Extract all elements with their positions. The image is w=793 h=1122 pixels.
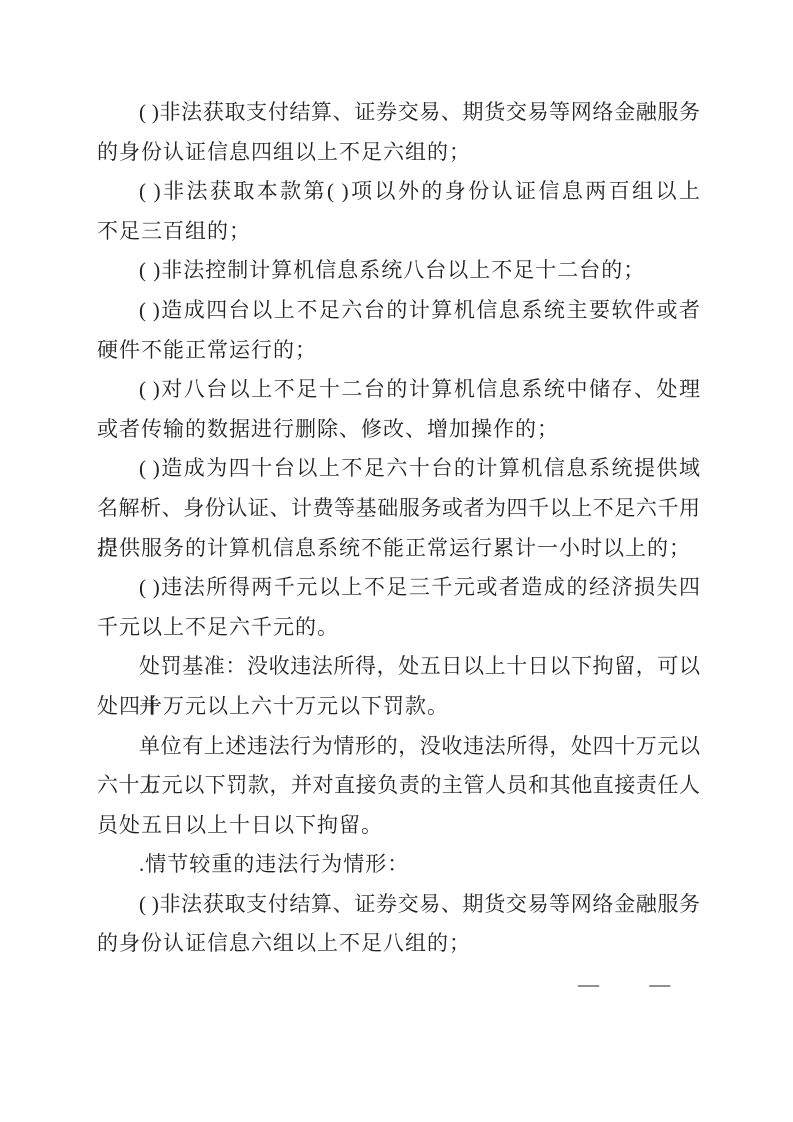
text-line: ( )造成为四十台以上不足六十台的计算机信息系统提供域	[97, 449, 700, 489]
legal-text-block: ( )非法获取支付结算、证券交易、期货交易等网络金融服务的身份认证信息四组以上不…	[97, 93, 700, 964]
text-line: ( )违法所得两千元以上不足三千元或者造成的经济损失四	[97, 568, 700, 608]
text-line: 不足三百组的；	[97, 212, 700, 252]
text-line: 六十万元以下罚款，并对直接负责的主管人员和其他直接责任人	[97, 766, 700, 806]
text-line: 处四十万元以上六十万元以下罚款。	[97, 687, 700, 727]
text-line: 处罚基准：没收违法所得，处五日以上十日以下拘留，可以并	[97, 647, 700, 687]
text-line: 的身份认证信息四组以上不足六组的；	[97, 133, 700, 173]
text-line: 的身份认证信息六组以上不足八组的；	[97, 924, 700, 964]
document-page: ( )非法获取支付结算、证券交易、期货交易等网络金融服务的身份认证信息四组以上不…	[0, 0, 793, 1122]
text-line: ( )非法获取支付结算、证券交易、期货交易等网络金融服务	[97, 885, 700, 925]
text-line: 员处五日以上十日以下拘留。	[97, 806, 700, 846]
footer-dash-right: —	[649, 974, 669, 995]
text-line: .情节较重的违法行为情形：	[97, 845, 700, 885]
text-line: 或者传输的数据进行删除、修改、增加操作的；	[97, 410, 700, 450]
text-line: 硬件不能正常运行的；	[97, 331, 700, 371]
text-line: 名解析、身份认证、计费等基础服务或者为四千以上不足六千用户	[97, 489, 700, 529]
text-line: ( )非法获取本款第( )项以外的身份认证信息两百组以上	[97, 172, 700, 212]
footer-dash-left: —	[578, 974, 598, 995]
text-line: ( )非法获取支付结算、证券交易、期货交易等网络金融服务	[97, 93, 700, 133]
text-line: 单位有上述违法行为情形的，没收违法所得，处四十万元以上	[97, 727, 700, 767]
text-line: 提供服务的计算机信息系统不能正常运行累计一小时以上的；	[97, 529, 700, 569]
text-line: ( )对八台以上不足十二台的计算机信息系统中储存、处理	[97, 370, 700, 410]
page-footer: — —	[578, 974, 669, 995]
text-line: ( )造成四台以上不足六台的计算机信息系统主要软件或者	[97, 291, 700, 331]
text-line: ( )非法控制计算机信息系统八台以上不足十二台的；	[97, 251, 700, 291]
text-line: 千元以上不足六千元的。	[97, 608, 700, 648]
